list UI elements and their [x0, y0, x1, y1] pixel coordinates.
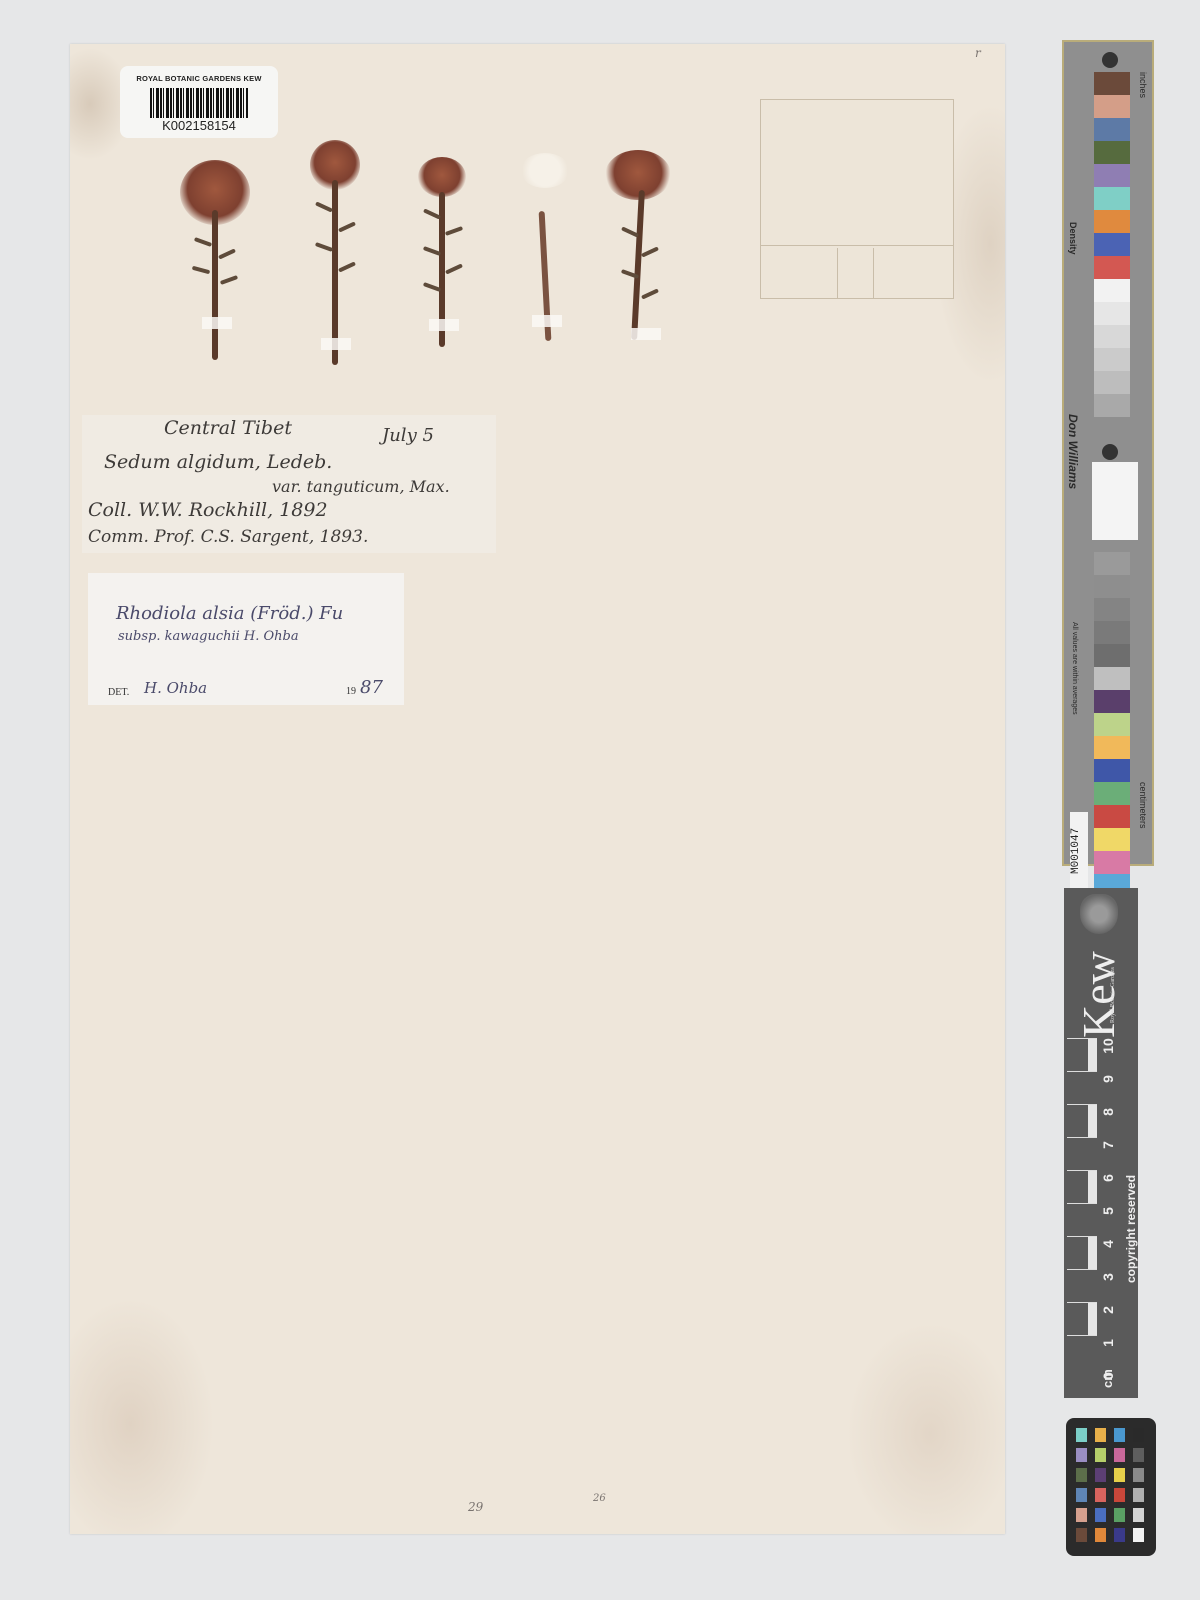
centimeters-label: centimeters — [1138, 782, 1148, 829]
scale-block — [1067, 1104, 1097, 1137]
color-swatch — [1094, 851, 1130, 874]
inches-label: inches — [1138, 72, 1148, 98]
color-swatch — [1094, 759, 1130, 782]
determined-subspecies: subsp. kawaguchii H. Ohba — [118, 629, 299, 644]
color-swatch — [1094, 279, 1130, 302]
checker-patch — [1095, 1468, 1106, 1482]
specimen-3 — [415, 157, 475, 347]
color-swatch — [1094, 302, 1130, 325]
color-swatch — [1094, 371, 1130, 394]
checker-patch — [1114, 1448, 1125, 1462]
scale-block — [1067, 1137, 1097, 1170]
scale-tick-label: 9 — [1100, 1071, 1116, 1087]
color-swatch — [1094, 348, 1130, 371]
color-checker-card — [1066, 1418, 1156, 1556]
ruler-swatches-bottom — [1094, 552, 1130, 897]
checker-patch — [1133, 1468, 1144, 1482]
ruler-swatches-top — [1094, 72, 1130, 417]
checker-patch — [1114, 1508, 1125, 1522]
color-swatch — [1094, 552, 1130, 575]
fragment-packet[interactable] — [760, 99, 954, 299]
scale-block — [1067, 1335, 1097, 1368]
scale-block — [1067, 1071, 1097, 1104]
determination-label: Rhodiola alsia (Fröd.) Fu subsp. kawaguc… — [88, 573, 404, 705]
kew-scale-bar: Kew Royal Botanic Gardens 012345678910 c… — [1064, 888, 1138, 1398]
scale-block — [1067, 1236, 1097, 1269]
checker-patch — [1076, 1468, 1087, 1482]
color-swatch — [1094, 394, 1130, 417]
color-swatch — [1094, 644, 1130, 667]
color-swatch — [1094, 141, 1130, 164]
determined-name: Rhodiola alsia (Fröd.) Fu — [116, 603, 343, 624]
color-swatch — [1094, 713, 1130, 736]
checker-patch — [1076, 1508, 1087, 1522]
color-swatch — [1094, 256, 1130, 279]
collection-date: July 5 — [382, 425, 434, 446]
scale-tick-label: 2 — [1100, 1302, 1116, 1318]
checker-patch — [1095, 1488, 1106, 1502]
packet-flap — [761, 245, 953, 298]
color-swatch — [1094, 598, 1130, 621]
color-swatch — [1094, 805, 1130, 828]
brand-label: Don Williams — [1066, 414, 1080, 489]
checker-patch — [1076, 1448, 1087, 1462]
catalog-number: K002158154 — [120, 118, 278, 133]
collector: Coll. W.W. Rockhill, 1892 — [88, 499, 328, 521]
checker-patch — [1133, 1508, 1144, 1522]
kew-logo: Kew — [1072, 951, 1125, 1038]
color-swatch — [1094, 621, 1130, 644]
royal-crest-icon — [1080, 894, 1118, 934]
color-swatch — [1094, 95, 1130, 118]
scale-tick-label: 5 — [1100, 1203, 1116, 1219]
barcode-icon — [150, 88, 248, 118]
locality: Central Tibet — [164, 417, 292, 439]
checker-patch — [1095, 1508, 1106, 1522]
color-swatch — [1094, 667, 1130, 690]
original-name: Sedum algidum, Ledeb. — [104, 451, 332, 473]
color-calibration-ruler: inches centimeters Density Don Williams … — [1062, 40, 1154, 866]
checker-patch — [1095, 1448, 1106, 1462]
color-swatch — [1094, 575, 1130, 598]
scale-tick-label: 4 — [1100, 1236, 1116, 1252]
original-variety: var. tanguticum, Max. — [272, 477, 450, 496]
color-swatch — [1094, 782, 1130, 805]
checker-patch — [1114, 1488, 1125, 1502]
pencil-note-right: 26 — [593, 1493, 606, 1504]
scale-blocks — [1067, 1038, 1097, 1373]
det-prefix: DET. — [108, 687, 129, 698]
ruler-hole-middle — [1102, 444, 1118, 460]
kew-subtitle: Royal Botanic Gardens — [1110, 967, 1116, 1023]
scale-block — [1067, 1038, 1097, 1071]
color-swatch — [1094, 164, 1130, 187]
checker-patch — [1133, 1448, 1144, 1462]
scale-block — [1067, 1203, 1097, 1236]
copyright-label: copyright reserved — [1124, 1175, 1138, 1283]
specimen-1 — [180, 160, 250, 360]
scale-tick-label: 6 — [1100, 1170, 1116, 1186]
ruler-note: All values are within averages — [1071, 622, 1078, 715]
pencil-note-left: 29 — [468, 1500, 483, 1514]
det-year: 87 — [360, 677, 383, 698]
original-collection-label: Central Tibet July 5 Sedum algidum, Lede… — [82, 415, 496, 553]
scale-block — [1067, 1269, 1097, 1302]
specimen-4-bleached — [520, 153, 580, 353]
checker-patch — [1076, 1528, 1087, 1542]
specimen-5 — [605, 150, 675, 345]
checker-patch — [1114, 1528, 1125, 1542]
barcode-label: ROYAL BOTANIC GARDENS KEW K002158154 — [120, 66, 278, 138]
color-swatch — [1094, 828, 1130, 851]
determiner: H. Ohba — [144, 679, 207, 697]
unit-label: cm — [1100, 1369, 1115, 1388]
scale-tick-label: 1 — [1100, 1335, 1116, 1351]
communicated-by: Comm. Prof. C.S. Sargent, 1893. — [88, 527, 368, 547]
color-swatch — [1094, 187, 1130, 210]
checker-patch — [1114, 1468, 1125, 1482]
scale-block — [1067, 1170, 1097, 1203]
sheet-corner-mark: r — [975, 46, 981, 60]
color-swatch — [1094, 736, 1130, 759]
scale-tick-label: 7 — [1100, 1137, 1116, 1153]
pressed-specimens — [170, 135, 670, 365]
checker-patch — [1133, 1528, 1144, 1542]
color-swatch — [1094, 325, 1130, 348]
color-swatch — [1094, 233, 1130, 256]
ruler-id: M001047 — [1070, 812, 1088, 890]
scale-tick-label: 3 — [1100, 1269, 1116, 1285]
scale-tick-label: 8 — [1100, 1104, 1116, 1120]
ruler-mini-target — [1092, 462, 1138, 540]
checker-patch — [1095, 1428, 1106, 1442]
ruler-hole-top — [1102, 52, 1118, 68]
checker-patch — [1114, 1428, 1125, 1442]
det-year-prefix: 19 — [346, 686, 356, 697]
color-swatch — [1094, 118, 1130, 141]
color-swatch — [1094, 72, 1130, 95]
density-label: Density — [1068, 222, 1078, 255]
checker-patch — [1076, 1428, 1087, 1442]
barcode-organization: ROYAL BOTANIC GARDENS KEW — [120, 74, 278, 83]
checker-patch — [1133, 1488, 1144, 1502]
specimen-2 — [305, 140, 365, 365]
scale-block — [1067, 1302, 1097, 1335]
color-swatch — [1094, 690, 1130, 713]
checker-patch — [1133, 1428, 1144, 1442]
checker-patch — [1095, 1528, 1106, 1542]
checker-patch — [1076, 1488, 1087, 1502]
color-swatch — [1094, 210, 1130, 233]
scale-tick-label: 10 — [1100, 1038, 1116, 1054]
